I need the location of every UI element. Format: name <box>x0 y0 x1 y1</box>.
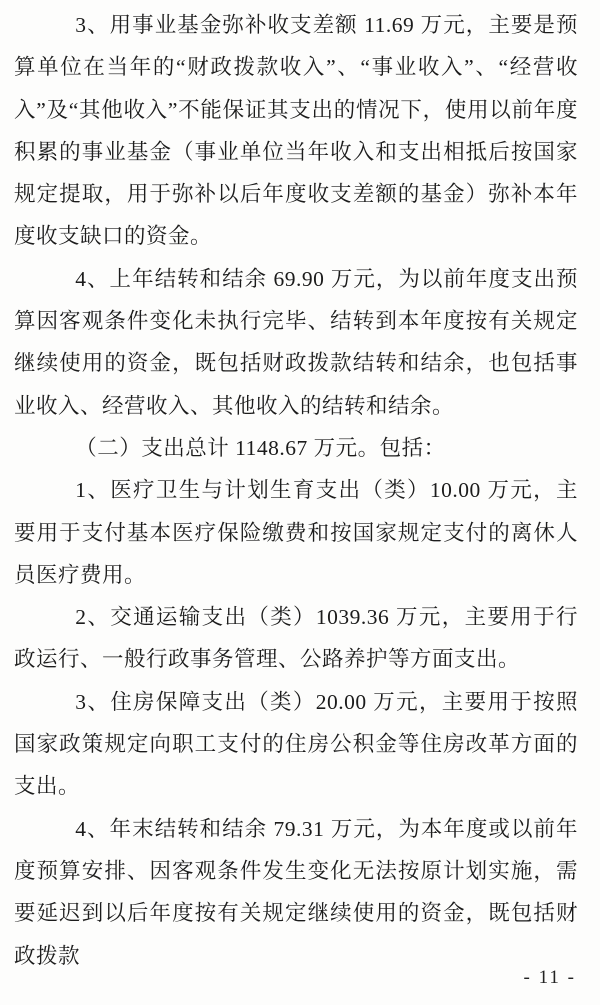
paragraph-housing-expenditure: 3、住房保障支出（类）20.00 万元，主要用于按照国家政策规定向职工支付的住房… <box>14 681 578 808</box>
paragraph-transport-expenditure: 2、交通运输支出（类）1039.36 万元，主要用于行政运行、一般行政事务管理、… <box>14 596 578 681</box>
page-number: - 11 - <box>524 967 576 989</box>
document-page: 3、用事业基金弥补收支差额 11.69 万元，主要是预算单位在当年的“财政拨款收… <box>0 0 600 1005</box>
paragraph-fund-offset: 3、用事业基金弥补收支差额 11.69 万元，主要是预算单位在当年的“财政拨款收… <box>14 4 578 258</box>
paragraph-health-expenditure: 1、医疗卫生与计划生育支出（类）10.00 万元，主要用于支付基本医疗保险缴费和… <box>14 469 578 596</box>
paragraph-carryover-prior-year: 4、上年结转和结余 69.90 万元，为以前年度支出预算因客观条件变化未执行完毕… <box>14 258 578 427</box>
document-text-block: 3、用事业基金弥补收支差额 11.69 万元，主要是预算单位在当年的“财政拨款收… <box>14 4 578 977</box>
paragraph-total-expenditure-heading: （二）支出总计 1148.67 万元。包括： <box>14 427 578 469</box>
paragraph-yearend-carryover: 4、年末结转和结余 79.31 万元，为本年度或以前年度预算安排、因客观条件发生… <box>14 808 578 977</box>
